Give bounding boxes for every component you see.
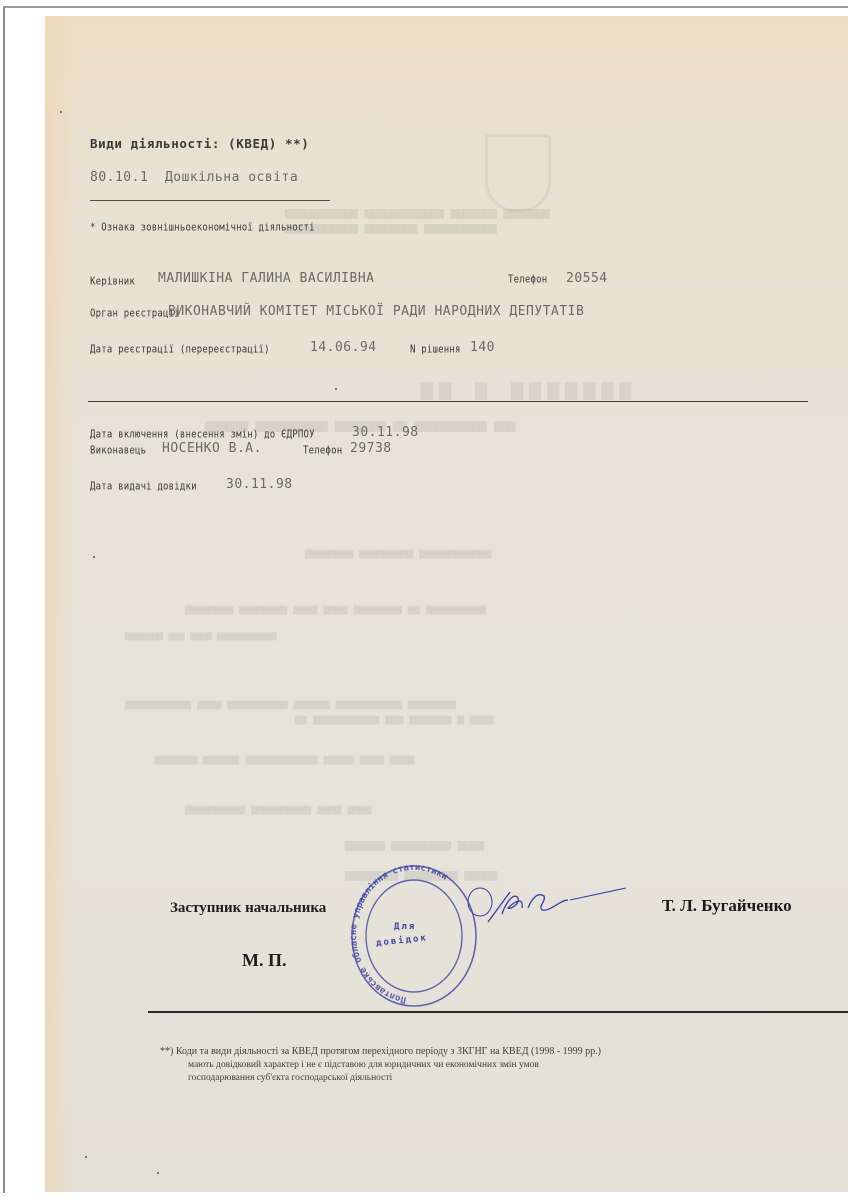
decision-number-label: N рішення	[410, 345, 461, 357]
paper-speck	[85, 1156, 87, 1158]
executor-value: НОСЕНКО В.А.	[162, 441, 262, 456]
activity-header: Види діяльності: (КВЕД) **)	[90, 136, 309, 151]
issue-date-label: Дата видачі довідки	[90, 482, 197, 494]
manager-phone-value: 20554	[566, 271, 608, 286]
footnote-line-1: **) Коди та види діяльності за КВЕД прот…	[160, 1046, 601, 1057]
bleed-through-text: ▆▆▆▆ ▆▆▆▆▆▆▆▆▆ ▆▆▆▆▆▆	[345, 838, 484, 851]
manager-phone-label: Телефон	[508, 275, 547, 287]
bleed-through-text: ▆▆▆▆▆▆▆▆▆▆▆▆ ▆▆▆▆▆▆▆▆▆ ▆▆▆▆▆▆▆▆	[305, 548, 492, 559]
executor-label: Виконавець	[90, 446, 146, 458]
activity-divider	[90, 200, 330, 201]
svg-text:Полтавське обласне управління: Полтавське обласне управління статистики	[350, 863, 449, 1004]
section-divider	[88, 401, 808, 402]
footnote-line-2: мають довідковий характер і не є підстав…	[188, 1060, 539, 1070]
decision-number-value: 140	[470, 340, 495, 355]
registration-body-value: ВИКОНАВЧИЙ КОМІТЕТ МІСЬКОЇ РАДИ НАРОДНИХ…	[168, 304, 584, 319]
signatory-name: Т. Л. Бугайченко	[662, 896, 792, 916]
bleed-through-text: ▆▆▆▆▆▆▆▆ ▆▆▆▆▆▆▆▆▆▆▆ ▆▆▆▆▆▆ ▆▆▆▆▆▆▆▆▆▆ ▆…	[125, 699, 456, 710]
official-stamp: Полтавське обласне управління статистики…	[350, 860, 478, 1010]
paper-speck	[93, 556, 95, 558]
handwritten-signature-icon	[458, 880, 628, 930]
executor-phone-value: 29738	[350, 441, 392, 456]
executor-phone-label: Телефон	[303, 446, 342, 458]
bleed-through-text: ▆▆▆▆▆▆▆▆▆▆▆ ▆▆▆▆ ▆▆▆ ▆▆▆▆▆▆▆	[125, 631, 277, 641]
registration-date-label: Дата реєстрації (перереєстрації)	[90, 345, 270, 357]
manager-value: МАЛИШКІНА ГАЛИНА ВАСИЛІВНА	[158, 271, 375, 286]
activity-code: 80.10.1	[90, 170, 148, 185]
bleed-through-emblem-icon	[485, 134, 551, 212]
bleed-through-text: ▆▆▆▆▆▆▆ ▆▆▆▆▆▆▆ ▆▆▆▆▆▆▆▆▆▆▆▆ ▆▆▆▆▆▆▆▆▆▆▆	[285, 206, 550, 219]
signatory-position: Заступник начальника	[170, 900, 326, 917]
bleed-through-text: ▆▆▆▆ ▆ ▆▆▆▆▆▆▆ ▆▆▆ ▆▆▆▆▆▆▆▆▆▆▆ ▆▆	[295, 714, 494, 725]
bleed-through-text: ▆▆▆▆▆▆▆▆▆▆ ▆▆ ▆▆▆▆▆▆▆▆ ▆▆▆▆ ▆▆▆▆ ▆▆▆▆▆▆▆…	[185, 604, 486, 615]
footnote-line-3: господарювання суб'єкта господарської ді…	[188, 1073, 392, 1083]
paper-speck	[157, 1172, 159, 1174]
edrpou-inclusion-value: 30.11.98	[352, 425, 419, 440]
activity-description: Дошкільна освіта	[165, 170, 298, 185]
document-page: ▆▆▆▆▆▆▆ ▆▆▆▆▆▆▆ ▆▆▆▆▆▆▆▆▆▆▆▆ ▆▆▆▆▆▆▆▆▆▆▆…	[45, 16, 848, 1192]
manager-label: Керівник	[90, 277, 135, 289]
bleed-through-title: ▆▆▆▆▆▆▆ ▆ ▆▆	[415, 376, 632, 400]
activity-code-row: 80.10.1 Дошкільна освіта	[90, 170, 298, 185]
footer-divider	[148, 1011, 848, 1013]
issue-date-value: 30.11.98	[226, 477, 293, 492]
bleed-through-text: ▆▆▆▆▆▆▆▆▆▆▆ ▆▆▆▆▆▆▆▆ ▆▆▆▆▆▆▆▆▆▆▆	[285, 221, 497, 234]
bleed-through-text: ▆▆▆▆ ▆▆▆▆ ▆▆▆▆▆ ▆▆▆▆▆▆▆▆▆▆▆▆ ▆▆▆▆▆▆ ▆▆▆▆…	[155, 754, 414, 765]
paper-speck	[60, 111, 62, 113]
paper-speck	[335, 388, 337, 390]
stamp-center-line1: Для	[394, 922, 416, 932]
foreign-econ-note: * Ознака зовнішньоекономічної діяльності	[90, 223, 315, 235]
bleed-through-text: ▆▆▆▆ ▆▆▆▆ ▆▆▆▆▆▆▆▆▆▆ ▆▆▆▆▆▆▆▆▆▆	[185, 804, 372, 815]
registration-date-value: 14.06.94	[310, 340, 377, 355]
registration-body-label: Орган реєстрації	[90, 309, 180, 321]
edrpou-inclusion-label: Дата включення (внесення змін) до ЄДРПОУ	[90, 430, 315, 442]
seal-place-label: М. П.	[242, 950, 287, 971]
